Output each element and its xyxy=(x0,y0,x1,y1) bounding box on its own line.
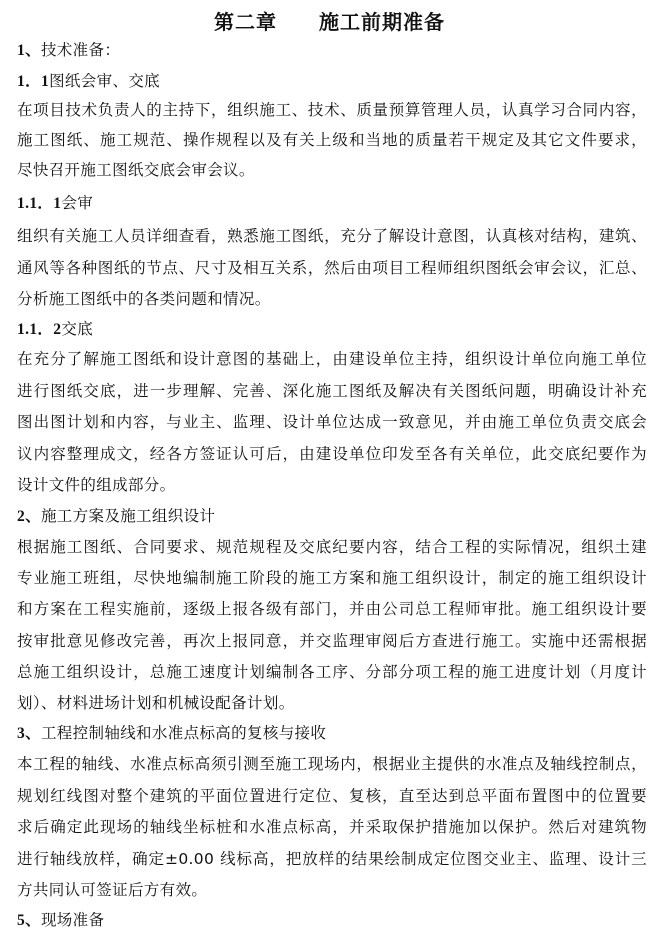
section-heading-5: 5、现场准备 xyxy=(17,909,647,931)
section-heading-1-1: 1．1图纸会审、交底 xyxy=(17,70,647,92)
paragraph-line: 在项目技术负责人的主持下，组织施工、技术、质量预算管理人员，认真学习合同内容， xyxy=(17,99,647,121)
paragraph-line: 划）、材料进场计划和机械设配备计划。 xyxy=(17,692,647,714)
section-heading-1-1-2: 1.1．2交底 xyxy=(17,318,647,340)
section-heading-3: 3、工程控制轴线和水准点标高的复核与接收 xyxy=(17,722,647,744)
paragraph-line: 专业施工班组，尽快地编制施工阶段的施工方案和施工组织设计，制定的施工组织设计 xyxy=(17,567,647,589)
paragraph-line: 分析施工图纸中的各类问题和情况。 xyxy=(17,288,647,310)
section-label: 现场准备 xyxy=(41,911,104,929)
paragraph-line: 按审批意见修改完善，再次上报同意，并交监理审阅后方查进行施工。实施中还需根据 xyxy=(17,630,647,652)
paragraph-line: 设计文件的组成部分。 xyxy=(17,474,647,496)
section-heading-2: 2、施工方案及施工组织设计 xyxy=(17,505,647,527)
section-label: 图纸会审、交底 xyxy=(49,72,160,90)
chapter-title: 第二章 施工前期准备 xyxy=(0,6,659,35)
paragraph-line: 组织有关施工人员详细查看，熟悉施工图纸，充分了解设计意图，认真核对结构，建筑、 xyxy=(17,225,647,247)
paragraph-line: 和方案在工程实施前，逐级上报各级有部门，并由公司总工程师审批。施工组织设计要 xyxy=(17,598,647,620)
paragraph-line: 求后确定此现场的轴线坐标桩和水准点标高，并采取保护措施加以保护。然后对建筑物 xyxy=(17,816,647,838)
paragraph-line: 根据施工图纸、合同要求、规范规程及交底纪要内容，结合工程的实际情况，组织土建 xyxy=(17,536,647,558)
section-number: 1．1 xyxy=(17,73,49,90)
paragraph-line: 在充分了解施工图纸和设计意图的基础上，由建设单位主持，组织设计单位向施工单位 xyxy=(17,348,647,370)
paragraph-line: 施工图纸、施工规范、操作规程以及有关上级和当地的质量若干规定及其它文件要求， xyxy=(17,129,647,151)
section-number: 1.1．2 xyxy=(17,321,61,338)
paragraph-line: 规划红线图对整个建筑的平面位置进行定位、复核，直至达到总平面布置图中的位置要 xyxy=(17,785,647,807)
section-label: 施工方案及施工组织设计 xyxy=(41,507,215,525)
section-label: 会审 xyxy=(61,194,93,212)
paragraph-line: 总施工组织设计，总施工速度计划编制各工序、分部分项工程的施工进度计划（月度计 xyxy=(17,661,647,683)
section-label: 技术准备： xyxy=(41,41,120,59)
section-heading-1-1-1: 1.1．1会审 xyxy=(17,192,647,214)
section-number: 2、 xyxy=(17,508,41,525)
section-number: 1.1．1 xyxy=(17,195,61,212)
section-number: 1、 xyxy=(17,42,41,59)
section-label: 工程控制轴线和水准点标高的复核与接收 xyxy=(41,724,326,742)
section-number: 5、 xyxy=(17,912,41,929)
paragraph-line: 图出图计划和内容，与业主、监理、设计单位达成一致意见，并由施工单位负责交底会 xyxy=(17,411,647,433)
document-page: 第二章 施工前期准备 1、技术准备： 1．1图纸会审、交底 在项目技术负责人的主… xyxy=(0,0,659,934)
paragraph-line: 议内容整理成文，经各方签证认可后，由建设单位印发至各有关单位，此交底纪要作为 xyxy=(17,443,647,465)
paragraph-line: 进行轴线放样，确定±0.00 线标高，把放样的结果绘制成定位图交业主、监理、设计… xyxy=(17,848,647,870)
section-number: 3、 xyxy=(17,725,41,742)
paragraph-line: 本工程的轴线、水准点标高须引测至施工现场内，根据业主提供的水准点及轴线控制点， xyxy=(17,753,647,775)
paragraph-line: 通风等各种图纸的节点、尺寸及相互关系，然后由项目工程师组织图纸会审会议，汇总、 xyxy=(17,257,647,279)
paragraph-line: 尽快召开施工图纸交底会审会议。 xyxy=(17,159,647,181)
section-heading-1: 1、技术准备： xyxy=(17,39,647,61)
section-label: 交底 xyxy=(61,320,93,338)
paragraph-line: 方共同认可签证后方有效。 xyxy=(17,879,647,901)
paragraph-line: 进行图纸交底，进一步理解、完善、深化施工图纸及解决有关图纸问题，明确设计补充 xyxy=(17,380,647,402)
